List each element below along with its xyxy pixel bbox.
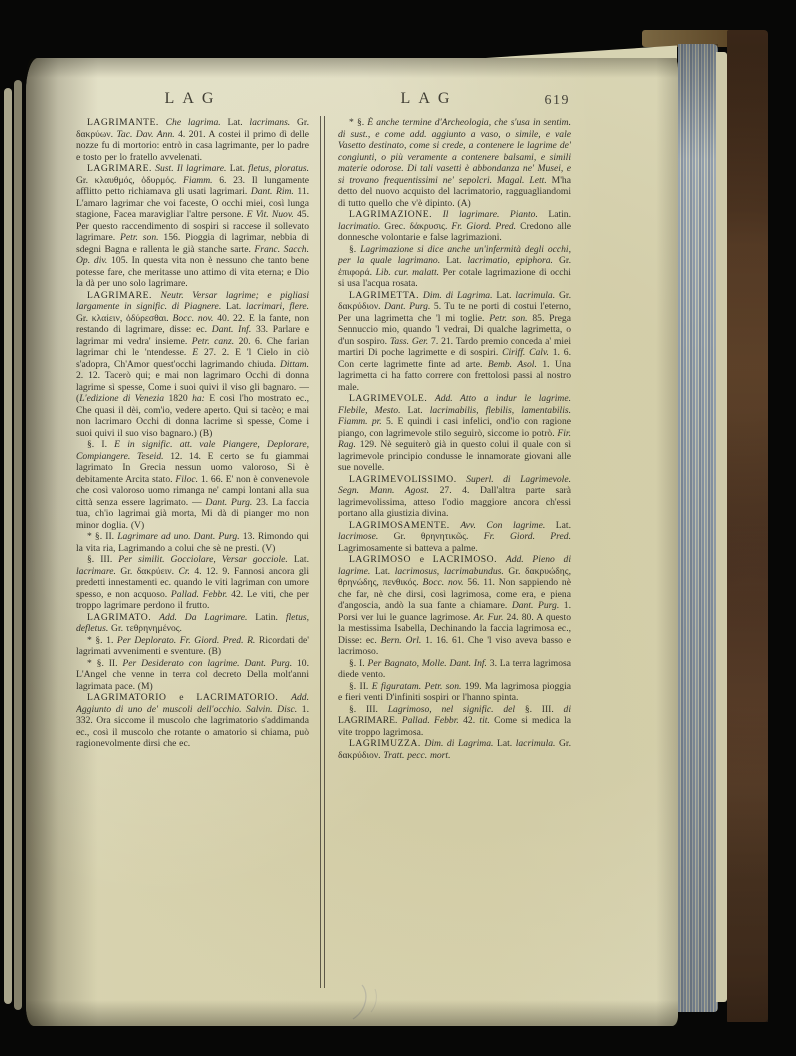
marbled-fore-edge [678,44,718,1012]
dictionary-entry: §. II. E figuratam. Petr. son. 199. Ma l… [338,681,571,704]
dictionary-entry: * §. È anche termine d'Archeologia, che … [338,117,571,209]
page-top-shadow [26,58,678,78]
column-divider-rule [320,116,325,988]
dictionary-entry: LAGRIMEVOLE. Add. Atto a indur le lagrim… [338,393,571,474]
dictionary-entry: * §. II. Lagrimare ad uno. Dant. Purg. 1… [76,531,309,554]
dictionary-entry: LAGRIMUZZA. Dim. di Lagrima. Lat. lacrim… [338,738,571,761]
facing-page-edge [4,88,12,1004]
dictionary-entry: LAGRIMEVOLISSIMO. Superl. di Lagrimevole… [338,474,571,520]
gutter-shadow [26,58,98,1026]
dictionary-entry: §. Lagrimazione si dice anche un'infermi… [338,244,571,290]
dictionary-entry: §. III. Per similit. Gocciolare, Versar … [76,554,309,612]
right-text-column: * §. È anche termine d'Archeologia, che … [338,117,571,975]
scanned-book-photo: LAG LAG 619 LAGRIMANTE. Che lagrima. Lat… [0,0,796,1056]
page-number: 619 [496,93,570,109]
dictionary-entry: LAGRIMARE. Neutr. Versar lagrime; e pigl… [76,290,309,440]
underlying-page-edge [716,52,727,1002]
dictionary-entry: LAGRIMAZIONE. Il lagrimare. Pianto. Lati… [338,209,571,244]
page-bottom-shadow [26,1000,678,1026]
dictionary-entry: §. III. Lagrimoso, nel signific. del §. … [338,704,571,739]
left-text-column: LAGRIMANTE. Che lagrima. Lat. lacrimans.… [76,117,309,937]
facing-page-edge-inner [14,80,22,1010]
page-right-shadow [656,58,678,1026]
dictionary-entry: LAGRIMARE. Sust. Il lagrimare. Lat. flet… [76,163,309,290]
running-head-left: LAG [76,90,310,108]
dictionary-entry: LAGRIMATO. Add. Da Lagrimare. Latin. fle… [76,612,309,635]
running-head-right: LAG [338,90,520,108]
dictionary-entry: LAGRIMETTA. Dim. di Lagrima. Lat. lacrim… [338,290,571,394]
dictionary-entry: LAGRIMOSAMENTE. Avv. Con lagrime. Lat. l… [338,520,571,555]
dictionary-entry: LAGRIMATORIO e LACRIMATORIO. Add. Aggiun… [76,692,309,750]
dictionary-entry: LAGRIMOSO e LACRIMOSO. Add. Pieno di lag… [338,554,571,658]
dictionary-entry: §. I. E in signific. att. vale Piangere,… [76,439,309,531]
dictionary-entry: * §. 1. Per Deplorato. Fr. Giord. Pred. … [76,635,309,658]
dictionary-entry: §. I. Per Bagnato, Molle. Dant. Inf. 3. … [338,658,571,681]
cover-board [727,30,768,1022]
dictionary-entry: * §. II. Per Desiderato con lagrime. Dan… [76,658,309,693]
dictionary-entry: LAGRIMANTE. Che lagrima. Lat. lacrimans.… [76,117,309,163]
